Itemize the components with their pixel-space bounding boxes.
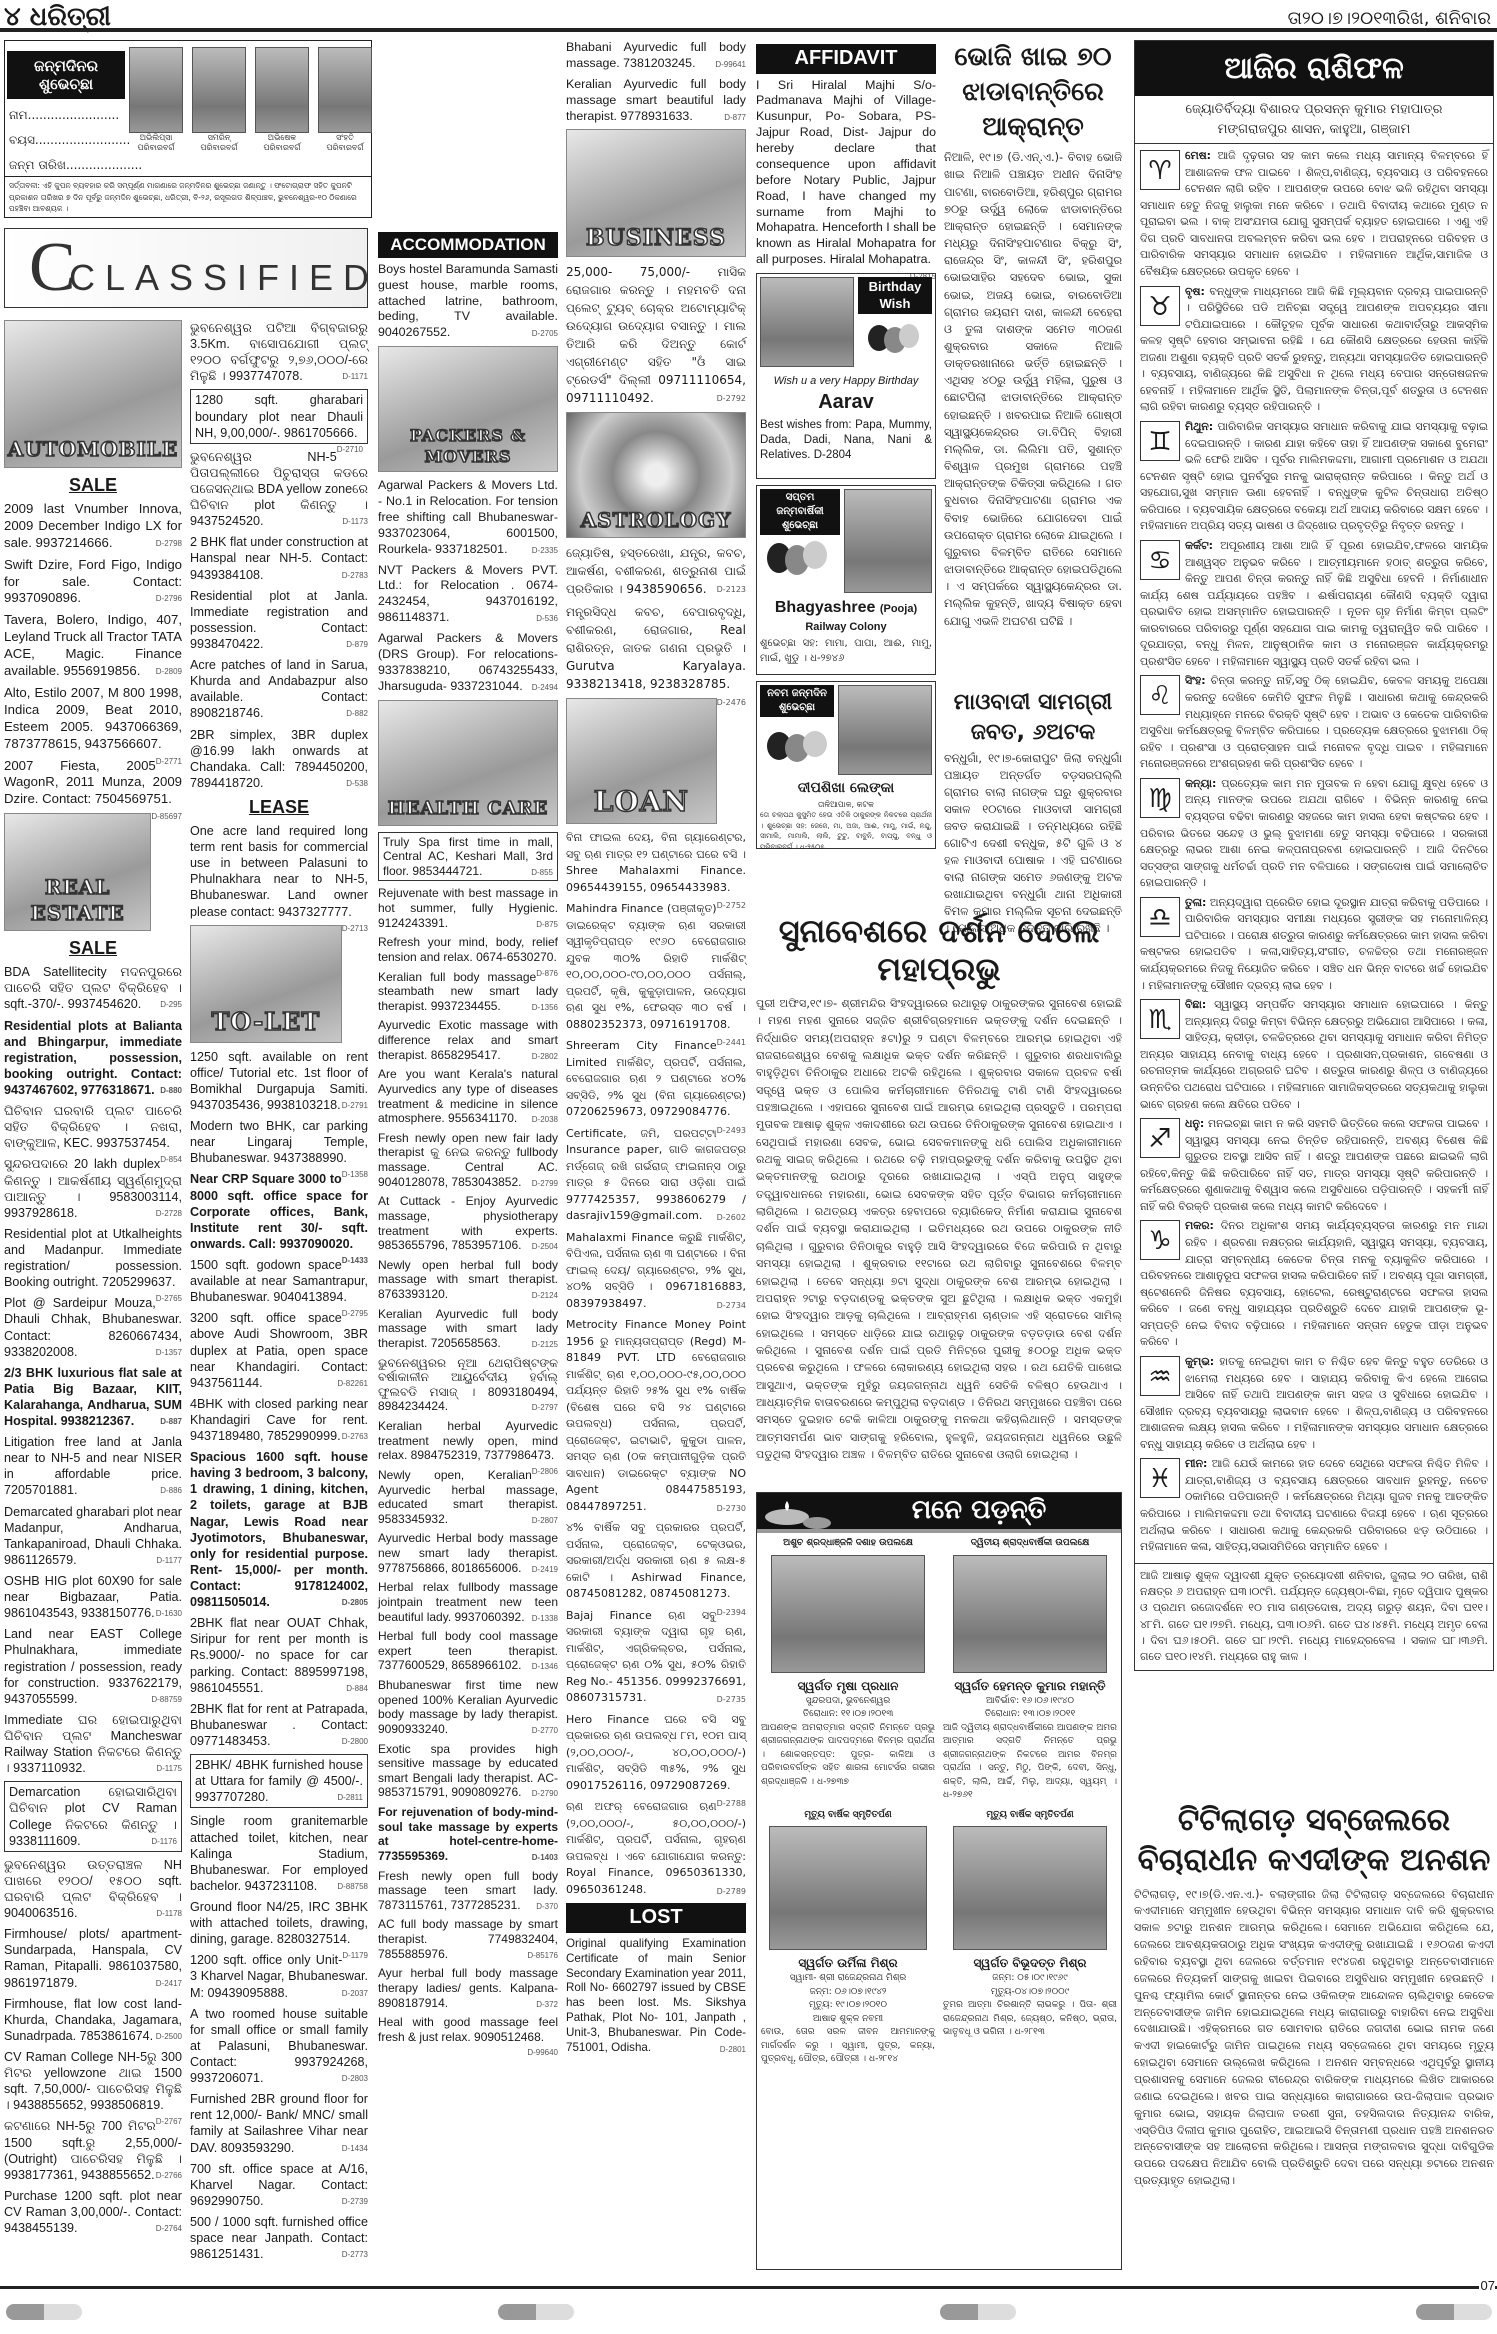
classified-ad: Ayur herbal full body massage therapy la… [378,1966,558,2010]
page-number: 07 [1479,2278,1495,2293]
classified-ad: Modern two BHK, car parking near Lingara… [190,1118,368,1166]
classified-ad: Acre patches of land in Sarua, Khurda an… [190,657,368,721]
classified-title: CLASSIFIED [69,257,379,299]
column-automobile-realestate: AUTOMOBILE SALE 2009 last Vnumber Innova… [4,320,182,2241]
classified-ad: Spacious 1600 sqft. house having 3 bedro… [190,1449,368,1610]
obituary-entry: ମୃତ୍ୟୁ ବାର୍ଷିକ ସ୍ମୃତିତର୍ପଣ ସ୍ୱର୍ଗତ ବିଭୂଦ… [943,1809,1117,2067]
child-name: Aarav [757,390,935,416]
loan-ad-list: ବିନା ଫାଇଲ ଦେୟ, ବିନା ଗ୍ୟାରେଣ୍ଟର, ସବୁ ଋଣ ମ… [566,830,746,1898]
classified-ad: Newly open herbal full body massage with… [378,1258,558,1302]
classified-ad: 2007 Fiesta, 2005 WagonR, 2011 Munza, 20… [4,758,182,809]
child-name: ଦୀପଶିଖା ଲେଙ୍କା [757,780,935,798]
portrait-photo [769,1826,927,1950]
portrait-photo [771,1555,925,1673]
footer-tab [1416,2304,1492,2320]
classified-ad: 1200 sqft. office only Unit-3 Kharvel Na… [190,1952,368,2000]
classified-ad: 25,000- 75,000/- ମାସିକ ରୋଜଗାର କରନ୍ତୁ । ମ… [566,263,746,407]
zodiac-entry-kumbha: ♒କୁମ୍ଭ: ହାତକୁ ନେଇଥିବା କାମ ତ ନିଶ୍ଚିତ ହେବ … [1140,1354,1488,1453]
obituary-entry: ମୃତ୍ୟୁ ବାର୍ଷିକ ସ୍ମୃତିତର୍ପଣ ସ୍ୱର୍ଗତ ଉର୍ମି… [761,1809,935,2067]
classified-ad: Fresh newly open new fair lady therapist… [378,1131,558,1190]
child-card: ସଂହତି ପରିବାରବର୍ଗ [318,47,372,153]
classified-ad: ଭୁବନେଶ୍ୱର NH-5 ପିତାପଲ୍ଲୀରେ ପିଚୁରାସ୍ତା କଡ… [190,449,368,530]
classified-ad: Are you want Kerala's natural Ayurvedics… [378,1067,558,1126]
classified-ad: 2/3 BHK luxurious flat sale at Patia Big… [4,1365,182,1429]
packers-movers-image: PACKERS & MOVERS [378,346,558,472]
child-photo [129,47,183,133]
classified-ad: Keralian Ayurvedic full body massage wit… [378,1307,558,1351]
classified-ad: Agarwal Packers & Movers Ltd. - No.1 in … [378,478,558,557]
classified-ad: Certificate, ଜମି, ଘରପଟ୍ଟା Insurance pape… [566,1126,746,1225]
balloons-icon [763,730,833,776]
classified-ad: 700 sft. office space at A/16, Kharvel N… [190,2161,368,2209]
obituary-entry: ଦ୍ୱିତୀୟ ଶ୍ରାଦ୍ଧବାର୍ଷିକୀ ଉପଲକ୍ଷେ ସ୍ୱର୍ଗତ … [943,1537,1117,1803]
classified-ad: Mahalaxmi Finance କରୁଛି ମାର୍କଶିଟ୍, ବିପିଏ… [566,1230,746,1313]
child-name: Bhagyashree (Pooja) [757,598,935,618]
realestate-ad-list: BDA Satellitecity ମଦନପୁରରେ ପାଚେରି ସହିତ ପ… [4,964,182,2236]
classified-ad: Residential plot at Janla. Immediate reg… [190,588,368,652]
scorpio-icon: ♏ [1140,999,1180,1039]
footer-tab [498,2304,574,2320]
section-lease: LEASE [190,796,368,819]
classified-ad: Alto, Estilo 2007, M 800 1998, Indica 20… [4,685,182,753]
news-article-titilagarh: ଟିଟିଲାଗଡ଼ ସବ୍‌ଜେଲରେ ବିଚାରାଧୀନ କଏଦୀଙ୍କ ଅନ… [1134,1800,1494,2190]
classified-ad: Metrocity Finance Money Point 1956 ରୁ ମା… [566,1317,746,1515]
section-lost: LOST [566,1903,746,1933]
footer-tab [6,2304,82,2320]
classified-ad: Bhubaneswar first time new opened 100% K… [378,1678,558,1737]
classified-ad: Litigation free land at Janla near to NH… [4,1434,182,1498]
classified-ad: Demarcated gharabari plot near Madanpur,… [4,1504,182,1568]
headline: ମାଓବାଦୀ ସାମଗ୍ରୀ ଜବତ, ୬ଅଟକ [944,688,1122,747]
libra-icon: ♎ [1140,897,1180,937]
classified-ad: BDA Satellitecity ମଦନପୁରରେ ପାଚେରି ସହିତ ପ… [4,964,182,1012]
zodiac-entry-makara: ♑ମକର: ଦିନର ଅଧିକାଂଶ ସମୟ କାର୍ଯ୍ୟବ୍ୟସ୍ତତା କ… [1140,1218,1488,1351]
classified-ad: Residential plot at Utkalheights and Mad… [4,1226,182,1290]
classified-ad: 2BHK/ 4BHK furnished house at Uttara for… [190,1754,368,1808]
classified-ad: ମନ୍ତ୍ରସିଦ୍ଧ କବଚ, ବେପାରବୃଦ୍ଧି, ବଶୀକରଣ, ରୋ… [566,603,746,693]
classified-ad: 500 / 1000 sqft. furnished office space … [190,2214,368,2262]
classified-ad: Rejuvenate with best massage in hot summ… [378,886,558,930]
portrait-photo [953,1555,1107,1673]
horoscope-box: ଆଜିର ରାଶିଫଳ ଜ୍ୟୋତିର୍ବିଦ୍ୟା ବିଶାରଦ ପ୍ରସନ୍… [1134,40,1494,1671]
sagittarius-icon: ♐ [1140,1118,1180,1158]
zodiac-entry-meena: ♓ମୀନ: ଆଜି ଯେଉଁ କାମରେ ହାତ ଦେବେ ସେଥିରେ ସଫଳ… [1140,1456,1488,1555]
birthday-wish-bhagyashree: ସପ୍ତମ ଜନ୍ମବାର୍ଷିକୀ ଶୁଭେଚ୍ଛା Bhagyashree … [756,485,936,675]
zodiac-entry-brisha: ♉ବୃଷ: ବନ୍ଧୁଙ୍କ ମାଧ୍ୟମରେ ଆଜି କିଛି ମୂଲ୍ୟବା… [1140,284,1488,417]
coupon-field-age: ବୟସ......................... [9,128,142,153]
section-sale: SALE [4,474,182,497]
loan-image: LOAN [566,698,717,824]
aries-icon: ♈ [1140,150,1180,190]
birthday-wish-tag: Birthday Wish [858,277,932,314]
classified-ad: AC full body massage by smart therapist.… [378,1917,558,1961]
zodiac-entry-tula: ♎ତୁଳା: ଅନ୍ୟଦ୍ୱାରା ପ୍ରେରିତ ହୋଇ ଦୂରସ୍ଥାନ ଯ… [1140,895,1488,994]
aquarius-icon: ♒ [1140,1356,1180,1396]
classified-ad: Demarcation ହୋଇସାରିଥିବା ଘିଚିବାନ plot CV … [4,1781,182,1851]
child-card: ସମରିନ୍ ପରିବାରବର୍ଗ [192,47,246,153]
child-card: ଅଭିଲିପ୍ସା ପରିବାରବର୍ଗ [129,47,183,153]
classified-ad: Firmhouse, flat low cost land- Khurda, C… [4,1996,182,2044]
classified-ad: Immediate ଘର ହୋଇପାରୁଥିବା ଘିଚିବାନ ପ୍ଲଟ Ma… [4,1712,182,1776]
section-sale: SALE [4,937,182,960]
birthday-wish-tag: ସପ୍ତମ ଜନ୍ମବାର୍ଷିକୀ ଶୁଭେଚ୍ଛା [760,489,840,535]
classified-ad: 2BHK flat near OUAT Chhak, Siripur for r… [190,1615,368,1696]
news-article-maoist: ମାଓବାଦୀ ସାମଗ୍ରୀ ଜବତ, ୬ଅଟକ ବନ୍ଧୁଗାଁ, ୧୯।୭… [944,688,1122,938]
horoscope-title: ଆଜିର ରାଶିଫଳ [1135,41,1493,96]
classified-ad: Hero Finance ଘରେ ବସି ସବୁ ପ୍ରକାରର ଋଣ ଉପଲବ… [566,1712,746,1795]
classified-ad: 1250 sqft. available on rent office/ Tut… [190,1049,368,1113]
classified-ad: 3200 sqft. office space above Audi Showr… [190,1310,368,1391]
zodiac-entry-karkata: ♋କର୍କଟ: ଅପୂରଣୀୟ ଆଶା ଆଜି ହିଁ ପୂରଣ ହୋଇଯିବ,… [1140,538,1488,671]
child-photo [255,47,309,133]
classified-ad: 1500 sqft. godown space available at nea… [190,1257,368,1305]
classified-ad: OSHB HIG plot 60X90 for sale near Bigbaz… [4,1573,182,1621]
business-image: BUSINESS [566,129,746,257]
classified-ad: ଭୁବନେଶ୍ୱରର ନୂଆ ଥେରାପିଷ୍ଟଙ୍କ ବର୍ଷାକାଳୀନ ଆ… [378,1356,558,1415]
classified-ad: Keralian Ayurvedic full body massage sma… [566,77,746,125]
zodiac-entry-dhanu: ♐ଧନୁ: ମନଇଚ୍ଛା କାମ ନ କରି ସହମତି ଭିତ୍ତିରେ କ… [1140,1116,1488,1215]
classified-ad: Bajaj Finance ଋଣ ସବୁ ସରକାରୀ ବ୍ୟାଙ୍କ ଦ୍ୱା… [566,1608,746,1707]
classified-ad: Firmhouse/ plots/ apartment- Sundarpada,… [4,1926,182,1990]
classified-ad: Heal with good massage feel fresh & just… [378,2015,558,2044]
classified-ad: Near CRP Square 3000 to 8000 sqft. offic… [190,1171,368,1252]
column-accommodation-health: ACCOMMODATION Boys hostel Baramunda Sama… [378,228,558,2058]
classified-ad: Swift Dzire, Ford Figo, Indigo for sale.… [4,557,182,608]
classified-ad: Shreeram City Finance Limited ମାର୍କଶିଟ୍,… [566,1038,746,1121]
classified-ad: Boys hostel Baramunda Samasti guest hous… [378,262,558,341]
classified-ad: Tavera, Bolero, Indigo, 407, Leyland Tru… [4,612,182,680]
birthday-wish-deepashikha: ନବମ ଜନ୍ମଦିନ ଶୁଭେଚ୍ଛା ଦୀପଶିଖା ଲେଙ୍କା ତାଳି… [756,681,936,849]
classified-ad: Ayurvedic Exotic massage with difference… [378,1018,558,1062]
classified-ad: Refresh your mind, body, relief tension … [378,935,558,964]
column-property-tolet: ଭୁବନେଶ୍ୱର ପଟିଆ ବିଗ୍‌ବଜାରରୁ 3.5Km. ବାସୋପଯ… [190,320,368,2267]
article-body: ବନ୍ଧୁଗାଁ, ୧୯।୭-କୋରାପୁଟ ଜିଲା ବନ୍ଧୁଗାଁ ପଞ୍… [944,751,1122,937]
classified-ad: Truly Spa first time in mall, Central AC… [378,832,558,882]
classified-ad: ଭୁବନେଶ୍ୱର ଉତ୍ତରାଞ୍ଚଳ NH ପାଖରେ ୧୨୦୦/ ୧୫୦୦… [4,1857,182,1921]
birthday-coupon: ଜନ୍ମଦିନର ଶୁଭେଚ୍ଛା ନାମ...................… [4,40,372,218]
header-rule [0,28,1497,32]
zodiac-entry-mesha: ♈ମେଷ: ଆଜି ଦୃଢ଼ତାର ସହ କାମ କଲେ ମଧ୍ୟ ସାମାନ୍… [1140,148,1488,281]
classified-ad: One acre land required long term rent ba… [190,823,368,920]
classified-ad: 2009 last Vnumber Innova, 2009 December … [4,501,182,552]
classified-ad: NVT Packers & Movers PVT. Ltd.: for Relo… [378,563,558,627]
article-body: ପୁରୀ ଅଫିସ,୧୯।୭- ଶ୍ରୀମନ୍ଦିର ସିଂହଦ୍ୱାରରେ ର… [756,995,1122,1464]
classified-ad: Ayurvedic Herbal body massage new smart … [378,1531,558,1575]
classified-ad: Herbal relax fullbody massage jointpain … [378,1580,558,1624]
classified-ad: Land near EAST College Phulnakhara, imme… [4,1626,182,1707]
balloons-icon [763,540,833,590]
tolet-image: TO-LET [190,925,342,1043]
virgo-icon: ♍ [1140,778,1180,818]
coupon-title: ଜନ୍ମଦିନର ଶୁଭେଚ୍ଛା [7,51,125,99]
realestate-image: REAL ESTATE [4,813,151,931]
section-affidavit: AFFIDAVIT [756,44,936,74]
column-affidavit-wishes: AFFIDAVIT I Sri Hiralal Majhi S/o- Padma… [756,40,936,849]
headline: ସୁନାବେଶରେ ଦର୍ଶନ ଦେଲେ ମହାପ୍ରଭୁ [756,912,1122,989]
news-article-sunabesha: ସୁନାବେଶରେ ଦର୍ଶନ ଦେଲେ ମହାପ୍ରଭୁ ପୁରୀ ଅଫିସ,… [756,912,1122,1463]
classified-banner: C CLASSIFIED [4,228,368,308]
panjika: ଆଜି ଆଷାଢ଼ ଶୁକ୍ଳ ଦ୍ୱାଦଶୀ ଯୁକ୍ତ ତ୍ରୟୋଦଶୀ ଶ… [1135,1563,1493,1670]
classified-ad: At Cuttack - Enjoy Ayurvedic massage, ph… [378,1194,558,1253]
zodiac-entry-bichha: ♏ବିଛା: ସ୍ୱାସ୍ଥ୍ୟ ସମ୍ପର୍କିତ ସମସ୍ୟାର ସମାଧା… [1140,997,1488,1113]
classified-ad: 1280 sqft. gharabari boundary plot near … [190,389,368,443]
classified-ad: Ground floor N4/25, IRC 3BHK with attach… [190,1899,368,1947]
child-photo [844,489,932,593]
classified-ad: ୪% ବାର୍ଷିକ ସବୁ ପ୍ରକାରର ପ୍ରପର୍ଟି, ପର୍ସନାଲ… [566,1520,746,1603]
classified-ad: A two roomed house suitable for small of… [190,2006,368,2087]
classified-ad: For rejuvenation of body-mind-soul take … [378,1805,558,1864]
headline: ଭୋଜି ଖାଇ ୭୦ ଝାଡାବାନ୍ତିରେ ଆକ୍ରାନ୍ତ [944,40,1122,145]
classified-ad: ଜ୍ୟୋତିଷ, ହସ୍ତରେଖା, ଯନ୍ତ୍ର, କବଚ, ଆକର୍ଷଣ, … [566,544,746,598]
issue-date: ତା୨୦।୭।୨୦୧୩ରିଖ, ଶନିବାର [1288,8,1491,29]
classified-ad: Fresh newly open full body massage teen … [378,1869,558,1913]
headline: ଟିଟିଲାଗଡ଼ ସବ୍‌ଜେଲରେ ବିଚାରାଧୀନ କଏଦୀଙ୍କ ଅନ… [1134,1800,1494,1881]
child-photo [318,47,372,133]
column-business-finance: Bhabani Ayurvedic full body massage. 738… [566,40,746,2061]
classified-ad: ଘିଚିବାନ ଘରବାରି ପ୍ଲଟ ପାଚେରି ସହିତ ବିକ୍ରିହେ… [4,1103,182,1151]
gemini-icon: ♊ [1140,421,1180,461]
classified-ad: Furnished 2BR ground floor for rent 12,0… [190,2091,368,2155]
classified-ad: Original qualifying Examination Certific… [566,1937,746,2056]
classified-ad: Residential plots at Balianta and Bhinga… [4,1018,182,1099]
classified-ad: କଟଣାରେ NH-5ରୁ 700 ମିଟର 1500 sqft.ରୁ 2,55… [4,2118,182,2182]
taurus-icon: ♉ [1140,286,1180,326]
classified-ad: ଋଣ ଅଫର୍ ବେରୋଜଗାର ଋଣ (୨,୦୦,୦୦୦/-, ୫୦,୦୦,୦… [566,1799,746,1898]
health-care-image: HEALTH CARE [378,700,558,826]
pisces-icon: ♓ [1140,1458,1180,1498]
auto-ad-list: 2009 last Vnumber Innova, 2009 December … [4,501,182,808]
article-body: ଟିଟିଲାଗଡ଼, ୧୯।୭(ଡି.ଏନ.ଏ.)- ବଲାଙ୍ଗୀର ଜିଲା… [1134,1887,1494,2190]
classified-ad: 2BR simplex, 3BR duplex @16.99 lakh onwa… [190,727,368,791]
classified-ad: 4BHK with closed parking near Khandagiri… [190,1396,368,1444]
section-accommodation: ACCOMMODATION [378,232,558,258]
astrology-image: ASTROLOGY [566,412,746,538]
classified-ad: Purchase 1200 sqft. plot near CV Raman 3… [4,2188,182,2236]
astrologer-address: ମଙ୍ଗରାଜପୁର ଶାସନ, କାହୁଆ, ଗଞ୍ଜାମ [1135,120,1493,140]
lamp-icon [763,1495,833,1531]
astrologer-name: ଜ୍ୟୋତିର୍ବିଦ୍ୟା ବିଶାରଦ ପ୍ରସନ୍ନ କୁମାର ମହାପ… [1135,100,1493,120]
obituary-entry: ଅଶୁଚ ଶ୍ରଦ୍ଧାଞ୍ଜଳି ଦଶାହ ଉପଲକ୍ଷେ ସ୍ୱର୍ଗତ ମ… [761,1537,935,1803]
classified-ad: ବିନା ଫାଇଲ ଦେୟ, ବିନା ଗ୍ୟାରେଣ୍ଟର, ସବୁ ଋଣ ମ… [566,830,746,896]
automobile-image: AUTOMOBILE [4,320,182,468]
article-body: ନିଆଳି, ୧୯।୭ (ଡି.ଏନ୍.ଏ.)- ବିବାହ ଭୋଜି ଖାଇ … [944,149,1122,629]
classified-ad: ଭୁବନେଶ୍ୱର ପଟିଆ ବିଗ୍‌ବଜାରରୁ 3.5Km. ବାସୋପଯ… [190,320,368,384]
child-photo [760,277,854,367]
classified-ad: Keralian herbal Ayurvedic treatment newl… [378,1419,558,1463]
classified-ad: Mahindra Finance (ପଞ୍ଜୀକୃତ) ଡାଇରେକ୍ଟ ବ୍ୟ… [566,901,746,1033]
birthday-wish-tag: ନବମ ଜନ୍ମଦିନ ଶୁଭେଚ୍ଛା [760,685,834,717]
classified-ad: 2BHK flat for rent at Patrapada, Bhubane… [190,1701,368,1749]
classified-ad: Herbal full body cool massage expert tee… [378,1629,558,1673]
footer-rule [0,2286,1497,2289]
classified-ad: Keralian full body massage steambath new… [378,970,558,1014]
capricorn-icon: ♑ [1140,1220,1180,1260]
classified-ad: Newly open, Keralian Ayurvedic herbal ma… [378,1468,558,1527]
classified-ad: Exotic spa provides high sensitive massa… [378,1742,558,1801]
zodiac-entry-simha: ♌ସିଂହ: ଚିନ୍ତା କରନ୍ତୁ ନାହିଁ,ସବୁ ଠିକ୍ ହୋଇଯ… [1140,673,1488,772]
classified-ad: ସୁନ୍ଦରପଦାରେ 20 lakh duplex କିଣନ୍ତୁ । ଆକର… [4,1156,182,1220]
leo-icon: ♌ [1140,675,1180,715]
obituary-banner: ମନେ ପଡ଼ନ୍ତି [757,1493,1121,1533]
classified-ad: CV Raman College NH-5ରୁ 300 ମିଟର yellowz… [4,2049,182,2113]
obituary-box: ମନେ ପଡ଼ନ୍ତି ଅଶୁଚ ଶ୍ରଦ୍ଧାଞ୍ଜଳି ଦଶାହ ଉପଲକ୍… [756,1492,1122,2270]
portrait-photo [953,1826,1107,1950]
news-article-food-poisoning: ଭୋଜି ଖାଇ ୭୦ ଝାଡାବାନ୍ତିରେ ଆକ୍ରାନ୍ତ ନିଆଳି,… [944,40,1122,630]
balloons-icon [865,324,921,364]
child-photo [838,685,932,775]
zodiac-entry-kanya: ♍କନ୍ୟା: ପ୍ରତ୍ୟେକ କାମ ମନ ମୁତାବକ ନ ହେବା ଯୋ… [1140,776,1488,892]
classified-ad: 2 BHK flat under construction at Hanspal… [190,534,368,582]
classified-ad: Bhabani Ayurvedic full body massage. 738… [566,40,746,72]
coupon-field-name: ନାମ........................ [9,103,142,128]
zodiac-entry-mithuna: ♊ମିଥୁନ: ପାରିବାରିକ ସମସ୍ୟାର ସମାଧାନ କରିବାକୁ… [1140,419,1488,535]
child-card: ଅଭିଷେକ ପରିବାରବର୍ଗ [255,47,309,153]
affidavit-notice: I Sri Hiralal Majhi S/o- Padmanava Majhi… [756,78,936,269]
zodiac-list: ♈ମେଷ: ଆଜି ଦୃଢ଼ତାର ସହ କାମ କଲେ ମଧ୍ୟ ସାମାନ୍… [1135,144,1493,1563]
cancer-icon: ♋ [1140,540,1180,580]
footer-tab [940,2304,1016,2320]
coupon-terms: ସର୍ତ୍ତାବଳୀ: ଏହି କୁପନ ବ୍ୟବହାର କରି ସମ୍ପୂର୍… [5,176,371,217]
tolet-ad-list: 1250 sqft. available on rent office/ Tut… [190,1049,368,2263]
child-photo [192,47,246,133]
birthday-wish-aarav: Birthday Wish Wish u a very Happy Birthd… [756,273,936,479]
classified-ad: Single room granitemarble attached toile… [190,1813,368,1894]
coupon-field-dob: ଜନ୍ମ ତାରିଖ.................... [9,153,142,178]
health-ad-list: Truly Spa first time in mall, Central AC… [378,832,558,2045]
classified-ad: Agarwal Packers & Movers (DRS Group). Fo… [378,631,558,695]
classified-ad: Plot @ Sardeipur Mouza, Dhauli Chhak, Bh… [4,1295,182,1359]
